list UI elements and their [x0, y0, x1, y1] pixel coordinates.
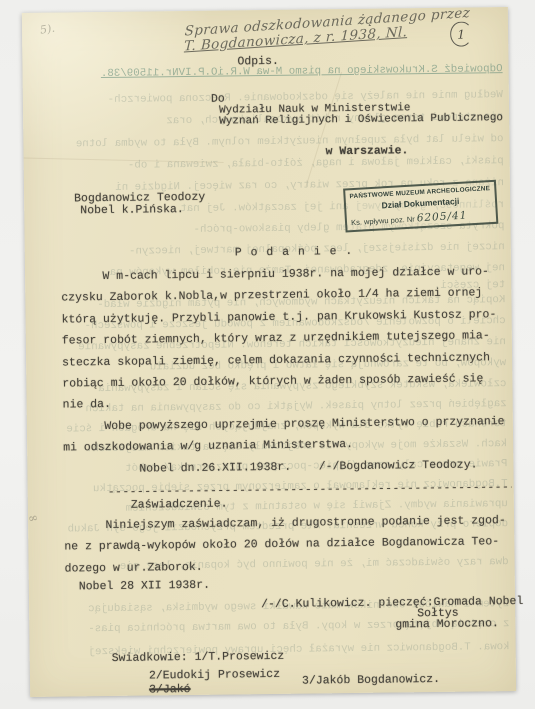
- pencil-corner-mark: 5).: [39, 22, 56, 37]
- sender-place: Nobel k.Pińska.: [80, 203, 184, 217]
- page-number: 1: [457, 27, 465, 41]
- museum-stamp: PAŃSTWOWE MUZEUM ARCHEOLOGICZNE Dział Do…: [343, 180, 498, 233]
- dashed-separator: ----------------------------------------…: [108, 481, 512, 499]
- certificate-body: Niniejszym zaświadczam, iż drugostronne …: [64, 510, 506, 580]
- certificate-signature: /-/C.Kulikowicz. pieczęć:Gromada Nobel: [261, 595, 523, 611]
- scanned-document-canvas: Odpowiedź S.Krukowskiego na pismo M-wa W…: [0, 0, 535, 709]
- certificate-body-line: dozego w ur.Zaborok.: [65, 553, 507, 580]
- witnesses-label-and-first: Swiadkowie: 1/T.Prosewicz: [112, 650, 285, 665]
- handwritten-note: Sprawa odszkodowania żądanego przez T. B…: [184, 6, 471, 55]
- bleedthrough-line: piaski, całkiem jałowa i naga, żółto-bia…: [28, 155, 510, 173]
- circled-page-number: 1: [450, 21, 472, 46]
- witness-second: 2/Eudokij Prosewicz: [149, 668, 280, 683]
- document-page: Odpowiedź S.Krukowskiego na pismo M-wa W…: [22, 7, 516, 697]
- application-body: W m-cach lipcu i sierpniu 1938r. na moje…: [61, 261, 505, 480]
- stamp-register-number: 6205/41: [416, 209, 467, 224]
- margin-pencil-mark: ∞: [27, 510, 39, 526]
- witness-third-struck: 3/Jakó: [149, 683, 191, 697]
- address-city: w Warszawie.: [325, 144, 408, 158]
- witness-third: 3/Jakób Bogdanowicz.: [302, 673, 440, 688]
- application-title: P o d a n i e .: [235, 245, 354, 259]
- certificate-date: Nobel 28 XII 1938r.: [79, 579, 210, 594]
- paper-crease: [305, 72, 342, 187]
- certificate-title: Zaświadczenie.: [131, 498, 228, 512]
- address-line2: Wyznań Religijnych i Oświecenia Publiczn…: [219, 112, 503, 127]
- bleedthrough-line: od wielu lat była zupełnym nieużytkiem r…: [27, 133, 509, 151]
- stamp-register-line: Ks. wpływu poz. Nr 6205/41: [351, 208, 492, 228]
- copy-label: Odpis.: [237, 55, 279, 69]
- certificate-stamp-word2: gmina Moroczno.: [395, 617, 499, 631]
- stamp-register-label: Ks. wpływu poz. Nr: [351, 214, 417, 227]
- paper-crease: [24, 157, 224, 163]
